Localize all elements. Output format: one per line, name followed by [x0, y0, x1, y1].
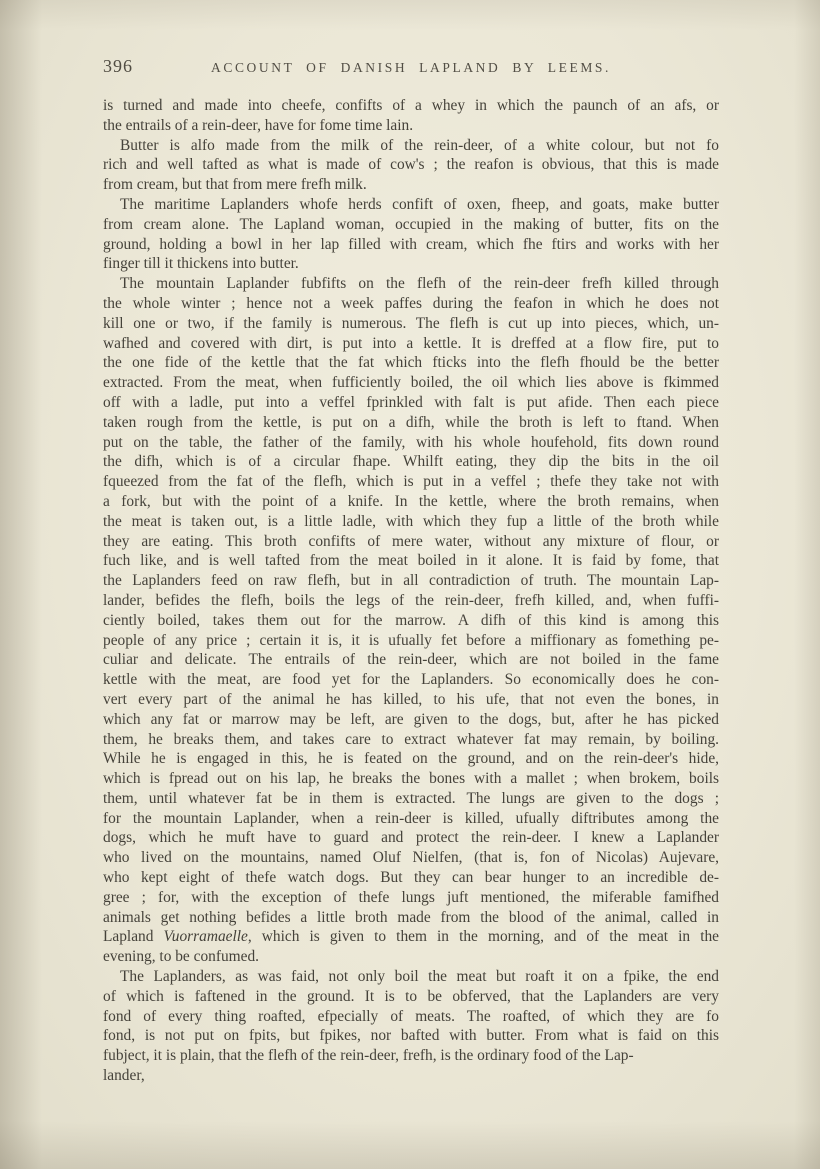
book-page: 396 ACCOUNT OF DANISH LAPLAND BY LEEMS. …	[0, 0, 820, 1169]
catchword: lander,	[103, 1066, 719, 1086]
text-line: rich and well tafted as what is made of …	[103, 155, 719, 175]
text-line: a fork, but with the point of a knife. I…	[103, 492, 719, 512]
text-line: extracted. From the meat, when fufficien…	[103, 373, 719, 393]
text-line: While he is engaged in this, he is feate…	[103, 749, 719, 769]
text-line: the Laplanders feed on raw flefh, but in…	[103, 571, 719, 591]
text-line: Lapland Vuorramaelle, which is given to …	[103, 927, 719, 947]
text-line: the one fide of the kettle that the fat …	[103, 353, 719, 373]
page-number: 396	[103, 56, 133, 77]
text-line: from cream, but that from mere frefh mil…	[103, 175, 719, 195]
text-line: put on the table, the father of the fami…	[103, 433, 719, 453]
text-line: dogs, which he muft have to guard and pr…	[103, 828, 719, 848]
text-line: off with a ladle, put into a veffel fpri…	[103, 393, 719, 413]
text-line: animals get nothing befides a little bro…	[103, 908, 719, 928]
text-line: for the mountain Laplander, when a rein-…	[103, 809, 719, 829]
text-line: the entrails of a rein-deer, have for fo…	[103, 116, 719, 136]
text-line: the meat is taken out, is a little ladle…	[103, 512, 719, 532]
text-line: wafhed and covered with dirt, is put int…	[103, 334, 719, 354]
text-line: lander, befides the flefh, boils the leg…	[103, 591, 719, 611]
text-line: which any fat or marrow may be left, are…	[103, 710, 719, 730]
text-line: is turned and made into cheefe, confifts…	[103, 96, 719, 116]
text-line: culiar and delicate. The entrails of the…	[103, 650, 719, 670]
text-line: fond, is not put on fpits, but fpikes, n…	[103, 1026, 719, 1046]
text-line: ciently boiled, takes them out for the m…	[103, 611, 719, 631]
text-line: fond of every thing roafted, efpecially …	[103, 1007, 719, 1027]
text-line: who lived on the mountains, named Oluf N…	[103, 848, 719, 868]
text-line: evening, to be confumed.	[103, 947, 719, 967]
text-line: them, he breaks them, and takes care to …	[103, 730, 719, 750]
text-line: ground, holding a bowl in her lap filled…	[103, 235, 719, 255]
text-line: them, until whatever fat be in them is e…	[103, 789, 719, 809]
text-line: the whole winter ; hence not a week paff…	[103, 294, 719, 314]
text-line: gree ; for, with the exception of thefe …	[103, 888, 719, 908]
text-line: fubject, it is plain, that the flefh of …	[103, 1046, 719, 1066]
text-line: The maritime Laplanders whofe herds conf…	[103, 195, 719, 215]
text-line: kill one or two, if the family is numero…	[103, 314, 719, 334]
text-line: which is fpread out on his lap, he break…	[103, 769, 719, 789]
text-line: taken rough from the kettle, is put on a…	[103, 413, 719, 433]
text-line: they are eating. This broth confifts of …	[103, 532, 719, 552]
text-line: who kept eight of thefe watch dogs. But …	[103, 868, 719, 888]
text-line: fqueezed from the fat of the flefh, whic…	[103, 472, 719, 492]
text-line: vert every part of the animal he has kil…	[103, 690, 719, 710]
text-line: of which is faftened in the ground. It i…	[103, 987, 719, 1007]
text-line: kettle with the meat, are food yet for t…	[103, 670, 719, 690]
text-line: The mountain Laplander fubfifts on the f…	[103, 274, 719, 294]
text-line: The Laplanders, as was faid, not only bo…	[103, 967, 719, 987]
text-line: from cream alone. The Lapland woman, occ…	[103, 215, 719, 235]
text-line: finger till it thickens into butter.	[103, 254, 719, 274]
page-header: 396 ACCOUNT OF DANISH LAPLAND BY LEEMS.	[103, 54, 719, 80]
text-line: fuch like, and is well tafted from the m…	[103, 551, 719, 571]
text-line: people of any price ; certain it is, it …	[103, 631, 719, 651]
running-title: ACCOUNT OF DANISH LAPLAND BY LEEMS.	[143, 60, 679, 76]
text-line: Butter is alfo made from the milk of the…	[103, 136, 719, 156]
text-block: is turned and made into cheefe, confifts…	[103, 96, 719, 1086]
text-line: the difh, which is of a circular fhape. …	[103, 452, 719, 472]
